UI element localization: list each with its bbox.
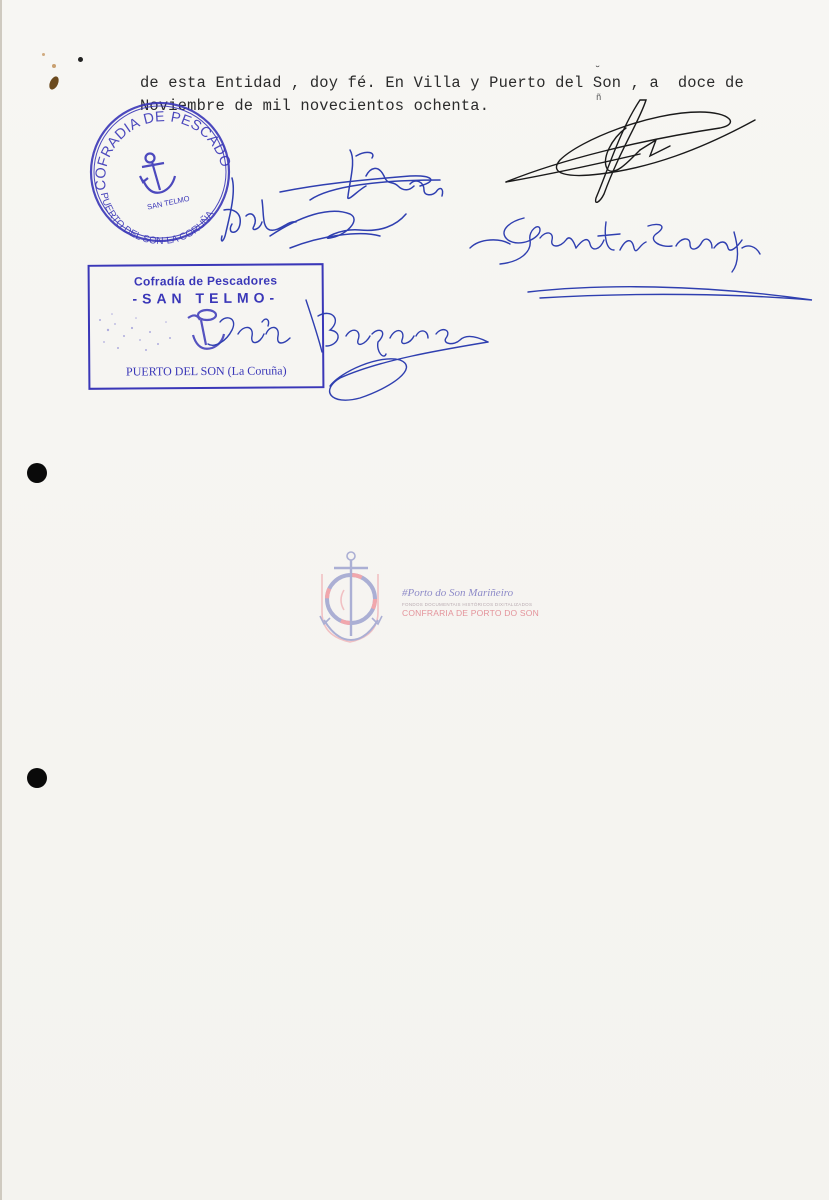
watermark-organization: CONFRARIA DE PORTO DO SON — [402, 608, 539, 618]
document-page: de esta Entidad , doy fé. En Villa y Pue… — [0, 0, 829, 1200]
watermark-subtitle: FONDOS DOCUMENTAIS HISTÓRICOS DIXITALIZA… — [402, 602, 532, 607]
watermark-emblem — [0, 0, 829, 1200]
watermark-title: #Porto do Son Mariñeiro — [402, 587, 513, 599]
